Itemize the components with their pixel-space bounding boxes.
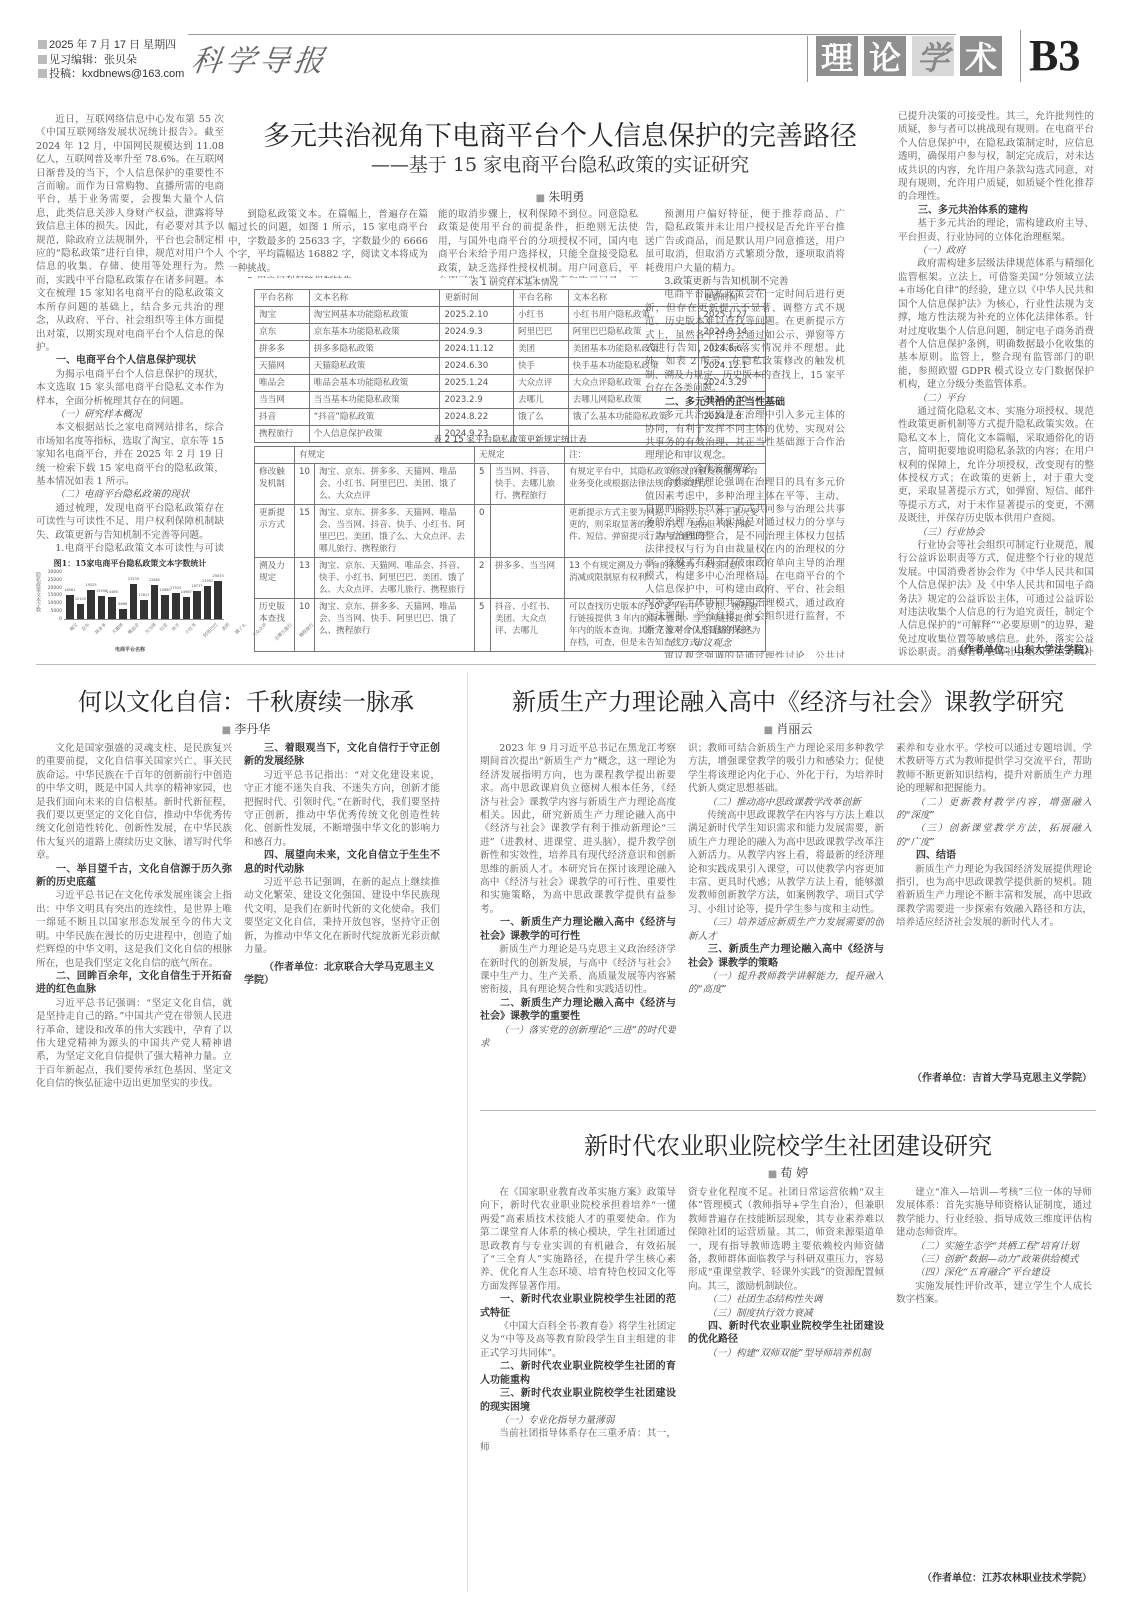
paragraph: 合作治理理论强调在治理目的具有多元价值因素考虑中，多种治理主体在平等、主动、自愿… [645, 476, 845, 637]
section-heading: 三、多元共治体系的建构 [898, 204, 1094, 217]
section-heading: 四、展望向未来，文化自信立于生生不息的时代动脉 [244, 849, 440, 876]
x-tick: 唯品会 [127, 622, 141, 636]
table-cell: 快手 [513, 358, 568, 375]
x-tick: 美团 [220, 622, 231, 633]
column-divider [467, 672, 468, 1592]
table-cell: “抖音”隐私政策 [309, 409, 440, 426]
table-cell: 2023.2.9 [440, 392, 513, 409]
table-cell: 15 [295, 505, 315, 558]
article-column: 素养和专业水平。学校可以通过专题培训、学术教研等方式为教师提供学习交流平台，帮助… [896, 742, 1092, 1082]
section-heading: 三、着眼观当下，文化自信行于守正创新的发展经脉 [244, 742, 440, 769]
bar-value-label: 16061 [64, 588, 75, 592]
subsection-heading: （三）创新“数据—动力”政策供给模式 [896, 1253, 1092, 1266]
bar-value-label: 15680 [160, 588, 171, 592]
table-header-cell: 文本名称 [309, 290, 440, 307]
paragraph: 传统高中思政课教学在内容与方法上难以满足新时代学生知识需求和能力发展需要，新质生… [688, 809, 884, 916]
paragraph: 《中国大百科全书·教育卷》将学生社团定义为“中等及高等教育阶段学生自主组建的非正… [480, 1320, 676, 1360]
table-cell: 淘宝网基本功能隐私政策 [309, 307, 440, 324]
table-cell: 淘宝、京东、拼多多、天猫网、唯品会、当当网、抖音、快手、小红书、阿里巴巴、美团、… [314, 505, 474, 558]
x-tick: 京东 [81, 622, 92, 633]
table-cell: 5 [474, 464, 490, 505]
table-header-cell: 无规定 [474, 447, 564, 464]
table-cell: 天猫隐私政策 [309, 358, 440, 375]
section-heading: 三、新时代农业职业院校学生社团建设的现实困境 [480, 1387, 676, 1414]
author-byline: 荀 婷 [480, 1164, 1096, 1181]
subsection-heading: （三）创新课堂教学方法，拓展融入的“广度” [896, 822, 1092, 849]
subsection-heading: （三）制度执行效力衰减 [688, 1307, 884, 1320]
table-header-cell: 更新时间 [440, 290, 513, 307]
article-column: 已提升决策的可接受性。其三，允许批判性的质疑，参与者可以挑战现有规则。在电商平台… [898, 110, 1094, 658]
paragraph: 本文根据站长之家电商网站排名，综合市场知名度等指标，选取了淘宝、京东等 15 家… [36, 421, 224, 488]
bar-value-label: 25633 [213, 574, 224, 578]
chart-bar: 15558 [98, 596, 106, 619]
table-cell: 2025.2.10 [440, 307, 513, 324]
chart-y-ticks: 30000 25000 20000 15000 10000 5000 0 [46, 570, 62, 622]
bar-value-label: 12817 [138, 593, 149, 597]
table-cell: 10 [295, 464, 315, 505]
table-cell: 拼多多、当当网 [490, 558, 564, 599]
bar-value-label: 17520 [170, 586, 181, 590]
article-column: 三、着眼观当下，文化自信行于守正创新的发展经脉 习近平总书记指出：“对文化建设来… [244, 742, 440, 1592]
table-cell: 天猫网 [255, 358, 310, 375]
author-byline: 朱明勇 [250, 188, 870, 205]
section-heading: 二、多元共治的正当性基础 [645, 396, 845, 409]
paragraph: 政府需构建多层级法律规范体系与精细化监管框架。立法上，可借鉴美国“分领域立法+市… [898, 257, 1094, 391]
chart-bar: 10103 [77, 604, 85, 619]
table-cell: 2024.11.12 [440, 341, 513, 358]
subsection-heading: （三）行业协会 [898, 526, 1094, 539]
paragraph: 已提升决策的可接受性。其三，允许批判性的质疑，参与者可以挑战现有规则。在电商平台… [898, 110, 1094, 204]
table-header-cell: 有规定 [295, 447, 475, 464]
x-tick: 拼多多 [94, 622, 108, 636]
article-column: 能的取消步骤上，权利保障不到位。同意隐私政策是使用平台的前提条件，拒绝则无法使用… [438, 208, 638, 278]
section-heading: 一、电商平台个人信息保护现状 [36, 354, 224, 367]
y-tick: 20000 [46, 586, 62, 591]
section-heading: 二、回眸百余年，文化自信生于开拓奋进的红色血脉 [36, 970, 232, 997]
paragraph: 多元共治实质是在治理中引入多元主体的协同，有利于发挥不同主体的优势，实现对公共事… [645, 409, 845, 463]
paragraph: 审议观念强调的是通过理性讨论、公共讨论和批判性反思形成决策或共识，而非简单多数表… [645, 650, 845, 658]
subsection-heading: （三）培养适应新质生产力发展需要的创新人才 [688, 916, 884, 943]
bar-value-label: 22882 [149, 578, 160, 582]
section-heading: 一、举目望千古，文化自信源于历久弥新的历史底蕴 [36, 863, 232, 890]
subsection-heading: （一）提升教师教学讲解能力，提升融入的“高度” [688, 970, 884, 997]
table-cell: 10 [295, 599, 315, 652]
author-affiliation: （作者单位：北京联合大学马克思主义学院） [244, 961, 440, 988]
section-heading: 二、新质生产力理论融入高中《经济与社会》课教学的重要性 [480, 997, 676, 1024]
paragraph: 当前社团指导体系存在三重矛盾：其一，师 [480, 1427, 676, 1454]
y-tick: 0 [46, 617, 62, 622]
chart-bar: 16061 [66, 595, 74, 619]
article-title[interactable]: 何以文化自信：千秋赓续一脉承 [36, 682, 456, 717]
table-cell: 去哪儿 [513, 392, 568, 409]
subsection-heading: （一）政府 [898, 244, 1094, 257]
table-cell: 淘宝、京东、拼多多、天猫网、唯品会、当当网、快手、阿里巴巴、饿了么、携程旅行 [314, 599, 474, 652]
x-tick: 淘宝 [69, 622, 80, 633]
subsection-heading: （二）更新教材教学内容，增强融入的“深度” [896, 796, 1092, 823]
paragraph: 能的取消步骤上，权利保障不到位。同意隐私政策是使用平台的前提条件，拒绝则无法使用… [438, 208, 638, 278]
section-heading: 四、结语 [896, 849, 1092, 862]
table-cell: 历史版本查找 [255, 599, 295, 652]
table-cell: 更新提示方式 [255, 505, 295, 558]
article-column: 到隐私政策文本。在篇幅上，普遍存在篇幅过长的问题，如图 1 所示，15 家电商平… [228, 208, 428, 278]
table-cell: 小红书 [513, 307, 568, 324]
subsection-heading: （一）研究样本概况 [36, 408, 224, 421]
section-heading: 一、新时代农业职业院校学生社团的范式特征 [480, 1293, 676, 1320]
chart-bar: 25633 [214, 581, 222, 619]
paragraph: 文化是国家强盛的灵魂支柱、是民族复兴的重要前提，文化自信事关国家兴亡、事关民族命… [36, 742, 232, 863]
paragraph: 建立“准入—培训—考核”三位一体的导师发展体系：首先实施导师资格认证制度，通过教… [896, 1186, 1092, 1240]
x-tick: 天猫网 [110, 622, 124, 636]
subsection-heading: （二）审议观念 [645, 637, 845, 650]
bar-value-label: 19525 [85, 583, 96, 587]
chart-plot-area: 1606110103195251555814466666623539128172… [64, 574, 224, 620]
table-cell: 拼多多隐私政策 [309, 341, 440, 358]
paragraph: 新质生产力理论是马克思主义政治经济学在新时代的创新发展，与高中《经济与社会》课中… [480, 943, 676, 997]
bar-value-label: 21992 [202, 579, 213, 583]
table-cell: 阿里巴巴 [513, 324, 568, 341]
table-cell: 2024.9.3 [440, 324, 513, 341]
article-column: 建立“准入—培训—考核”三位一体的导师发展体系：首先实施导师资格认证制度，通过教… [896, 1186, 1092, 1576]
article-column: 识；教师可结合新质生产力理论采用多种教学方法，增强课堂教学的吸引力和感染力；促使… [688, 742, 884, 1092]
section-heading: 三、新质生产力理论融入高中《经济与社会》课教学的策略 [688, 943, 884, 970]
chart-bar: 21992 [204, 586, 212, 619]
paragraph: 到隐私政策文本。在篇幅上，普遍存在篇幅过长的问题，如图 1 所示，15 家电商平… [228, 208, 428, 275]
author-affiliation: （作者单位：山东大学法学院） [898, 644, 1094, 657]
x-tick: 当当网 [143, 622, 157, 636]
section-heading: 四、新时代农业职业院校学生社团建设的优化路径 [688, 1320, 884, 1347]
table-cell: 淘宝、京东、天猫网、唯品会、抖音、快手、小红书、阿里巴巴、美团、饿了么、大众点评… [314, 558, 474, 599]
y-tick: 15000 [46, 593, 62, 598]
table-cell: 美团 [513, 341, 568, 358]
subsection-heading: （一）合作治理理论 [645, 463, 845, 476]
chart-bar: 15680 [161, 595, 169, 619]
table-cell: 京东 [255, 324, 310, 341]
article-column: 在《国家职业教育改革实施方案》政策导向下，新时代农业职业院校承担着培养“一懂两爱… [480, 1186, 676, 1592]
article-subtitle: ——基于 15 家电商平台隐私政策的实证研究 [250, 150, 870, 177]
subsection-heading: （二）推动高中思政课教学改革创新 [688, 796, 884, 809]
subsection-heading: （二）电商平台隐私政策的现状 [36, 488, 224, 501]
subsection-heading: 3.政策更新与告知机制不完善 [645, 275, 845, 288]
table-cell: 唯品会 [255, 375, 310, 392]
x-tick: 阿里巴巴 [202, 622, 219, 639]
subsection-heading: （一）落实党的创新理论“三进”的时代要求 [480, 1024, 676, 1051]
author-byline: 李丹华 [36, 720, 456, 737]
table-cell: 2 [474, 558, 490, 599]
table-cell: 饿了么 [513, 409, 568, 426]
chart-bar: 23539 [130, 584, 138, 619]
article-column: 近日，互联网络信息中心发布第 55 次《中国互联网络发展状况统计报告》。截至 2… [36, 113, 224, 553]
table-cell: 大众点评 [513, 375, 568, 392]
section-heading: 一、新质生产力理论融入高中《经济与社会》课教学的可行性 [480, 916, 676, 943]
chart-bar: 12817 [140, 600, 148, 619]
paragraph: 近日，互联网络信息中心发布第 55 次《中国互联网络发展状况统计报告》。截至 2… [36, 113, 224, 354]
x-tick: 饿了么 [233, 622, 247, 636]
chart-x-label: 电商平台名称 [34, 646, 226, 653]
article-column: 资专业化程度不足。社团日常运营依赖“双主体”管理模式（教师指导+学生自治），但兼… [688, 1186, 884, 1592]
chart-bar: 6666 [119, 609, 127, 619]
article-cultural-confidence: 何以文化自信：千秋赓续一脉承 李丹华 文化是国家强盛的灵魂支柱、是民族复兴的重要… [36, 672, 456, 1592]
paragraph: 习近平总书记强调，在新的起点上继续推动文化繁荣、建设文化强国、建设中华民族现代文… [244, 876, 440, 956]
y-tick: 10000 [46, 601, 62, 606]
bar-value-label: 14667 [181, 590, 192, 594]
article-title[interactable]: 多元共治视角下电商平台个人信息保护的完善路径 [250, 114, 870, 153]
table-cell: 0 [474, 505, 490, 558]
subsection-heading: （一）构建“双师双能”型导师培养机制 [688, 1347, 884, 1360]
table-cell: 当当基本功能隐私政策 [309, 392, 440, 409]
paragraph: 在《国家职业教育改革实施方案》政策导向下，新时代农业职业院校承担着培养“一懂两爱… [480, 1186, 676, 1293]
article-column: 文化是国家强盛的灵魂支柱、是民族复兴的重要前提，文化自信事关国家兴亡、事关民族命… [36, 742, 232, 1592]
table-header-cell: 平台名称 [513, 290, 568, 307]
table-cell: 抖音、小红书、美团、大众点评、去哪儿 [490, 599, 564, 652]
bar-value-label: 10103 [75, 597, 86, 601]
chart-x-ticks: 淘宝京东拼多多天猫网唯品会当当网抖音快手小红书阿里巴巴美团饿了么大众点评去哪儿旅… [66, 622, 224, 628]
bar-value-label: 15558 [96, 589, 107, 593]
article-new-productivity: 新质生产力理论融入高中《经济与社会》课教学研究 肖丽云 2023 年 9 月习近… [480, 672, 1096, 1092]
table-cell: 修改触发机制 [255, 464, 295, 505]
paragraph: 通过梳理，发现电商平台隐私政策存在可读性与可读性不足、用户权利保障机制缺失、政策… [36, 502, 224, 542]
paragraph: 电商平台隐私政策会在一定时间后进行更新，但存在更新提示不显著、调整方式不规范、历… [645, 288, 845, 395]
paragraph: 习近平总书记指出：“对文化建设来说，守正才能不迷失自我、不迷失方向，创新才能把握… [244, 769, 440, 849]
table-cell: 淘宝 [255, 307, 310, 324]
section-heading: 二、新时代农业职业院校学生社团的育人功能重构 [480, 1360, 676, 1387]
chart-title: 图1：15家电商平台隐私政策文本字数统计 [34, 558, 226, 569]
article-title[interactable]: 新质生产力理论融入高中《经济与社会》课教学研究 [480, 682, 1096, 717]
table-header-cell: 平台名称 [255, 290, 310, 307]
table-cell: 当当网、抖音、快手、去哪儿旅行、携程旅行 [490, 464, 564, 505]
paragraph: 素养和专业水平。学校可以通过专题培训、学术教研等方式为教师提供学习交流平台，帮助… [896, 742, 1092, 796]
table-cell: 溯及力规定 [255, 558, 295, 599]
bar-value-label: 14466 [107, 590, 118, 594]
bar-value-label: 18737 [191, 584, 202, 588]
table-cell: 拼多多 [255, 341, 310, 358]
subsection-heading: （二）实施生态学“共栖工程”培育计划 [896, 1240, 1092, 1253]
author-affiliation: （作者单位：江苏农林职业技术学院） [896, 1572, 1092, 1585]
y-tick: 30000 [46, 570, 62, 575]
article-ecommerce-privacy: 多元共治视角下电商平台个人信息保护的完善路径 ——基于 15 家电商平台隐私政策… [0, 0, 1131, 670]
subsection-heading: （一）专业化指导力量薄弱 [480, 1414, 676, 1427]
bar-value-label: 23539 [128, 577, 139, 581]
paragraph: 新质生产力理论为我国经济发展提供理论指引，也为高中思政课教学提供新的契机。随着新… [896, 863, 1092, 930]
table-cell: 淘宝、京东、拼多多、天猫网、唯品会、小红书、阿里巴巴、美团、饿了么、大众点评 [314, 464, 474, 505]
chart-bar: 19525 [87, 590, 95, 619]
article-column: 预测用户偏好特征，便于推荐商品、广告，隐私政策并未让用户授权是否允许平台推送广告… [645, 208, 845, 658]
word-count-bar-chart: 图1：15家电商平台隐私政策文本字数统计 隐私政策文本字数 30000 2500… [34, 558, 226, 660]
table-cell: 唯品会基本功能隐私政策 [309, 375, 440, 392]
chart-y-label: 隐私政策文本字数 [34, 572, 42, 612]
table-cell: 当当网 [255, 392, 310, 409]
section-divider [480, 1110, 1096, 1111]
table-cell: 13 [295, 558, 315, 599]
paragraph: 行业协会等社会组织可制定行业规范，履行公益诉讼职责等方式，促进整个行业的规范发展… [898, 539, 1094, 658]
section-divider [36, 664, 1096, 665]
x-tick: 快手 [171, 622, 182, 633]
table-cell: 2024.6.30 [440, 358, 513, 375]
y-tick: 25000 [46, 578, 62, 583]
chart-bar: 22882 [151, 585, 159, 619]
table-cell: 京东基本功能隐私政策 [309, 324, 440, 341]
subsection-heading: （四）深化“五育融合”平台建设 [896, 1266, 1092, 1279]
bar-value-label: 6666 [118, 602, 127, 606]
chart-bar: 18737 [193, 591, 201, 619]
x-tick: 抖音 [159, 622, 170, 633]
table-cell: 抖音 [255, 409, 310, 426]
chart-bar: 14667 [183, 597, 191, 619]
chart-bar: 17520 [172, 593, 180, 619]
paragraph: 习近平总书记强调：“坚定文化自信，就是坚持走自己的路。”中国共产党在带领人民进行… [36, 997, 232, 1091]
subsection-heading: （二）社团生态结构性失调 [688, 1293, 884, 1306]
author-byline: 肖丽云 [480, 720, 1096, 737]
paragraph: 预测用户偏好特征，便于推荐商品、广告，隐私政策并未让用户授权是否允许平台推送广告… [645, 208, 845, 275]
y-tick: 5000 [46, 609, 62, 614]
x-tick: 小红书 [184, 622, 198, 636]
paragraph: 识；教师可结合新质生产力理论采用多种教学方法，增强课堂教学的吸引力和感染力；促使… [688, 742, 884, 796]
paragraph: 2023 年 9 月习近平总书记在黑龙江考察期间首次提出“新质生产力”概念，这一… [480, 742, 676, 916]
author-affiliation: （作者单位：吉首大学马克思主义学院） [896, 1072, 1092, 1085]
paragraph: 通过简化隐私文本、实施分项授权、规范性政策更新机制等方式提升隐私政策实效。在隐私… [898, 405, 1094, 526]
chart-bar: 14466 [108, 597, 116, 619]
paragraph: 实施发展性评价改革，建立学生个人成长数字档案。 [896, 1280, 1092, 1307]
paragraph: 基于多元共治的理论，需构建政府主导、平台担责、行业协同的立体化治理框架。 [898, 217, 1094, 244]
paragraph: 1.电商平台隐私政策文本可读性与可读性不足 电商平台隐私政策文本篇幅过长，用户难… [36, 542, 224, 553]
paragraph: 资专业化程度不足。社团日常运营依赖“双主体”管理模式（教师指导+学生自治），但兼… [688, 1186, 884, 1293]
table-cell: 2025.1.24 [440, 375, 513, 392]
paragraph: 为揭示电商平台个人信息保护的现状，本文选取 15 家头部电商平台隐私文本作为样本… [36, 368, 224, 408]
paragraph: 习近平总书记在文化传承发展座谈会上指出：中华文明具有突出的连续性，是世界上唯一绵… [36, 889, 232, 969]
article-title[interactable]: 新时代农业职业院校学生社团建设研究 [480, 1126, 1096, 1161]
table-header-cell [255, 447, 295, 464]
table-cell [490, 505, 564, 558]
subsection-heading: （二）平台 [898, 392, 1094, 405]
table-cell: 5 [474, 599, 490, 652]
article-agri-student-clubs: 新时代农业职业院校学生社团建设研究 荀 婷 在《国家职业教育改革实施方案》政策导… [480, 1112, 1096, 1592]
article-column: 2023 年 9 月习近平总书记在黑龙江考察期间首次提出“新质生产力”概念，这一… [480, 742, 676, 1092]
table-cell: 2024.8.22 [440, 409, 513, 426]
